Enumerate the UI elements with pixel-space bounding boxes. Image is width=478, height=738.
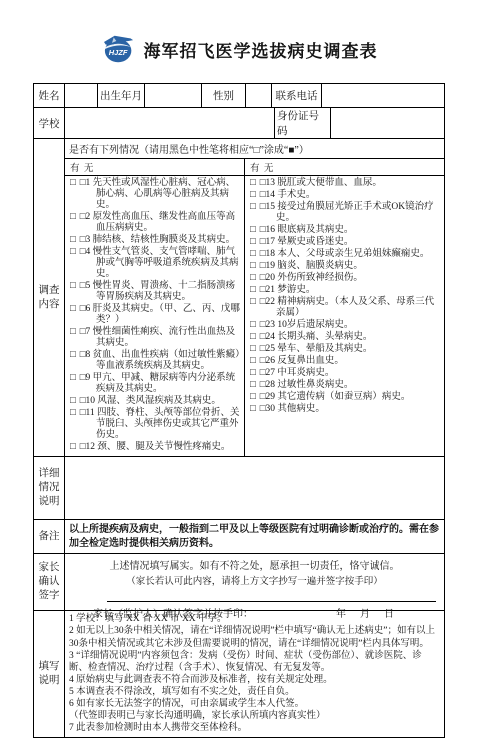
school-label: 学校 bbox=[34, 108, 65, 138]
identity-row-2: 学校 身份证号码 bbox=[34, 108, 444, 139]
survey-item-text: 21 梦游史。 bbox=[266, 285, 316, 295]
instruction-line: 6 如有家长无法签字的情况，可由亲属或学生本人代签。 bbox=[69, 698, 440, 710]
survey-item-text: 4 慢性支气管炎、支气管哮喘、肺气肿或气胸等呼吸道系统疾病及其病史。 bbox=[86, 247, 239, 279]
survey-item-17: □□17 晕厥史或昏迷史。 bbox=[250, 237, 442, 248]
survey-item-text: 17 晕厥史或昏迷史。 bbox=[266, 237, 354, 247]
survey-item-text: 13 脱肛或大便带血、血尿。 bbox=[266, 178, 382, 188]
survey-item-text: 3 肺结核、结核性胸膜炎及其病史。 bbox=[86, 235, 236, 245]
parent-section-label: 家长确认签字 bbox=[34, 554, 65, 610]
checkbox-yes-24[interactable]: □ bbox=[250, 332, 256, 342]
survey-right-column: 有 无 □□13 脱肛或大便带血、血尿。□□14 手术史。□□15 接受过角膜屈… bbox=[245, 159, 444, 456]
checkbox-yes-22[interactable]: □ bbox=[250, 297, 256, 307]
name-field[interactable] bbox=[65, 84, 98, 107]
survey-item-text: 23 10岁后遗尿病史。 bbox=[266, 320, 354, 330]
checkbox-yes-17[interactable]: □ bbox=[250, 237, 256, 247]
survey-item-text: 11 四肢、脊柱、头颅等部位骨折、关节脱臼、头颅摔伤史或其它严重外伤史。 bbox=[86, 408, 240, 440]
checkbox-yes-18[interactable]: □ bbox=[250, 249, 256, 259]
survey-item-25: □□25 晕车、晕船及其病史。 bbox=[250, 344, 442, 355]
checkbox-yes-27[interactable]: □ bbox=[250, 368, 256, 378]
parent-confirm-section: 家长确认签字 上述情况填写属实。如有不符之处，愿承担一切责任，恪守诚信。 （家长… bbox=[34, 554, 444, 611]
survey-items-left: □□1 先天性或风湿性心脏病、冠心病、肺心病、心肌病等心脏病及其病史。□□2 原… bbox=[65, 176, 244, 456]
remark-section-label: 备注 bbox=[34, 520, 65, 553]
checkbox-yes-8[interactable]: □ bbox=[70, 350, 76, 360]
survey-item-11: □□11 四肢、脊柱、头颅等部位骨折、关节脱臼、头颅摔伤史或其它严重外伤史。 bbox=[70, 408, 242, 441]
yes-no-header-left: 有 无 bbox=[65, 159, 244, 176]
survey-item-6: □□6 肝炎及其病史。（甲、乙、丙、戊哪类？） bbox=[70, 304, 242, 326]
survey-item-13: □□13 脱肛或大便带血、血尿。 bbox=[250, 178, 442, 189]
detail-input-area[interactable] bbox=[65, 457, 444, 519]
instruction-line: 2 如无以上30条中相关情况，请在“详细情况说明”栏中填写“确认无上述病史”；如… bbox=[69, 625, 440, 649]
survey-item-text: 9 甲亢、甲减、糖尿病等内分泌系统疾病及其病史。 bbox=[86, 373, 236, 394]
survey-item-26: □□26 反复鼻出血史。 bbox=[250, 356, 442, 367]
survey-item-text: 26 反复鼻出血史。 bbox=[266, 356, 344, 366]
survey-item-1: □□1 先天性或风湿性心脏病、冠心病、肺心病、心肌病等心脏病及其病史。 bbox=[70, 178, 242, 211]
checkbox-yes-11[interactable]: □ bbox=[70, 408, 76, 418]
survey-item-14: □□14 手术史。 bbox=[250, 190, 442, 201]
phone-label: 联系电话 bbox=[272, 84, 322, 107]
checkbox-yes-9[interactable]: □ bbox=[70, 373, 76, 383]
survey-item-30: □□30 其他病史。 bbox=[250, 404, 442, 415]
survey-item-text: 30 其他病史。 bbox=[266, 404, 325, 414]
survey-section: 调查内容 是否有下列情况（请用黑色中性笔将相应“□”涂成“■”） 有 无 □□1… bbox=[34, 139, 444, 457]
survey-items-right: □□13 脱肛或大便带血、血尿。□□14 手术史。□□15 接受过角膜屈光矫正手… bbox=[245, 176, 444, 418]
birth-field[interactable] bbox=[145, 84, 202, 107]
checkbox-yes-20[interactable]: □ bbox=[250, 273, 256, 283]
detail-section-label: 详细情况说明 bbox=[34, 457, 65, 519]
gender-label: 性别 bbox=[202, 84, 246, 107]
instruction-lines: 1 学校：填写 XX 省 XX 市 XX 中学。2 如无以上30条中相关情况，请… bbox=[65, 611, 444, 737]
survey-item-text: 5 慢性胃炎、胃溃疡、十二指肠溃疡等胃肠疾病及其病史。 bbox=[86, 281, 236, 302]
survey-question-header: 是否有下列情况（请用黑色中性笔将相应“□”涂成“■”） bbox=[65, 139, 444, 159]
survey-item-10: □□10 风湿、类风湿疾病及其病史。 bbox=[70, 396, 242, 407]
survey-item-2: □□2 原发性高血压、继发性高血压等高血压病病史。 bbox=[70, 212, 242, 234]
yes-no-header-right: 有 无 bbox=[245, 159, 444, 176]
birth-label: 出生年月 bbox=[98, 84, 145, 107]
survey-item-text: 8 贫血、出血性疾病（如过敏性紫癜）等血液系统疾病及其病史。 bbox=[86, 350, 240, 371]
school-field[interactable] bbox=[65, 108, 275, 138]
survey-item-8: □□8 贫血、出血性疾病（如过敏性紫癜）等血液系统疾病及其病史。 bbox=[70, 350, 242, 372]
survey-item-text: 6 肝炎及其病史。（甲、乙、丙、戊哪类？） bbox=[86, 304, 240, 325]
parent-statement: 上述情况填写属实。如有不符之处，愿承担一切责任，恪守诚信。 bbox=[65, 557, 444, 572]
checkbox-yes-3[interactable]: □ bbox=[70, 235, 76, 245]
survey-item-24: □□24 长期头痛、头晕病史。 bbox=[250, 332, 442, 343]
survey-item-text: 1 先天性或风湿性心脏病、冠心病、肺心病、心肌病等心脏病及其病史。 bbox=[86, 178, 236, 210]
survey-section-label: 调查内容 bbox=[34, 139, 65, 456]
signature-label: 家长（监护人）确认签字并按手印： bbox=[93, 605, 253, 620]
id-number-label: 身份证号码 bbox=[275, 108, 331, 138]
checkbox-yes-21[interactable]: □ bbox=[250, 285, 256, 295]
checkbox-yes-30[interactable]: □ bbox=[250, 404, 256, 414]
checkbox-yes-19[interactable]: □ bbox=[250, 261, 256, 271]
name-label: 姓名 bbox=[34, 84, 65, 107]
instruction-line: 3 “详细情况说明”内容须包含：发病（受伤）时间、症状（受伤部位）、就诊医院、诊… bbox=[69, 650, 440, 674]
checkbox-yes-13[interactable]: □ bbox=[250, 178, 256, 188]
survey-item-19: □□19 脑炎、脑膜炎病史。 bbox=[250, 261, 442, 272]
parent-hint: （家长若认可此内容，请将上方文字抄写一遍并签字按手印） bbox=[65, 573, 444, 587]
survey-left-column: 有 无 □□1 先天性或风湿性心脏病、冠心病、肺心病、心肌病等心脏病及其病史。□… bbox=[65, 159, 245, 456]
survey-item-18: □□18 本人、父母或亲生兄弟姐妹癫痫史。 bbox=[250, 249, 442, 260]
checkbox-yes-2[interactable]: □ bbox=[70, 212, 76, 222]
survey-item-3: □□3 肺结核、结核性胸膜炎及其病史。 bbox=[70, 235, 242, 246]
survey-item-text: 29 其它遗传病（如蚕豆病）病史。 bbox=[266, 392, 411, 402]
navy-recruit-logo-icon: HJZF bbox=[101, 34, 137, 64]
medical-history-form: 姓名 出生年月 性别 联系电话 学校 身份证号码 调查内容 是否有下列情况（请用… bbox=[33, 83, 445, 738]
survey-item-9: □□9 甲亢、甲减、糖尿病等内分泌系统疾病及其病史。 bbox=[70, 373, 242, 395]
instruction-line: （代签即表明已与家长沟通明确，家长承认所填内容真实性） bbox=[69, 710, 440, 722]
survey-item-12: □□12 颈、腰、腿及关节慢性疼痛史。 bbox=[70, 442, 242, 453]
checkbox-yes-5[interactable]: □ bbox=[70, 281, 76, 291]
survey-item-text: 27 中耳炎病史。 bbox=[266, 368, 335, 378]
survey-item-text: 19 脑炎、脑膜炎病史。 bbox=[266, 261, 363, 271]
remark-section: 备注 以上所提疾病及病史，一般指到二甲及以上等级医院有过明确诊断或治疗的。需在参… bbox=[34, 520, 444, 554]
survey-item-text: 16 眼底病及其病史。 bbox=[266, 225, 354, 235]
survey-item-text: 14 手术史。 bbox=[266, 190, 316, 200]
checkbox-yes-6[interactable]: □ bbox=[70, 304, 76, 314]
survey-item-text: 15 接受过角膜屈光矫正手术或OK镜治疗史。 bbox=[266, 202, 434, 223]
checkbox-yes-1[interactable]: □ bbox=[70, 178, 76, 188]
date-label: 年 月 日 bbox=[336, 605, 396, 620]
form-header: HJZF 海军招飞医学选拔病史调查表 bbox=[0, 34, 478, 64]
checkbox-yes-15[interactable]: □ bbox=[250, 202, 256, 212]
gender-field[interactable] bbox=[246, 84, 272, 107]
survey-item-text: 18 本人、父母或亲生兄弟姐妹癫痫史。 bbox=[266, 249, 430, 259]
survey-item-text: 2 原发性高血压、继发性高血压等高血压病病史。 bbox=[86, 212, 236, 233]
survey-item-4: □□4 慢性支气管炎、支气管哮喘、肺气肿或气胸等呼吸道系统疾病及其病史。 bbox=[70, 247, 242, 280]
phone-field[interactable] bbox=[322, 84, 444, 107]
instruction-line: 7 此表参加检测时由本人携带交至体检科。 bbox=[69, 722, 440, 734]
checkbox-yes-4[interactable]: □ bbox=[70, 247, 76, 257]
survey-item-text: 24 长期头痛、头晕病史。 bbox=[266, 332, 373, 342]
page-title: 海军招飞医学选拔病史调查表 bbox=[144, 37, 378, 62]
instructions-section-label: 填写说明 bbox=[34, 611, 65, 737]
detail-section: 详细情况说明 bbox=[34, 457, 444, 520]
checkbox-yes-12[interactable]: □ bbox=[70, 442, 76, 452]
survey-item-27: □□27 中耳炎病史。 bbox=[250, 368, 442, 379]
survey-item-16: □□16 眼底病及其病史。 bbox=[250, 225, 442, 236]
checkbox-yes-7[interactable]: □ bbox=[70, 327, 76, 337]
checkbox-yes-16[interactable]: □ bbox=[250, 225, 256, 235]
checkbox-yes-29[interactable]: □ bbox=[250, 392, 256, 402]
survey-item-text: 22 精神病病史。（本人及父系、母系三代亲属） bbox=[266, 297, 435, 318]
svg-text:HJZF: HJZF bbox=[108, 48, 127, 57]
checkbox-yes-14[interactable]: □ bbox=[250, 190, 256, 200]
survey-item-15: □□15 接受过角膜屈光矫正手术或OK镜治疗史。 bbox=[250, 202, 442, 224]
survey-item-22: □□22 精神病病史。（本人及父系、母系三代亲属） bbox=[250, 297, 442, 319]
checkbox-yes-23[interactable]: □ bbox=[250, 320, 256, 330]
remark-text: 以上所提疾病及病史，一般指到二甲及以上等级医院有过明确诊断或治疗的。需在参加全检… bbox=[65, 520, 444, 553]
survey-item-23: □□23 10岁后遗尿病史。 bbox=[250, 320, 442, 331]
survey-item-text: 12 颈、腰、腿及关节慢性疼痛史。 bbox=[86, 442, 231, 452]
survey-item-21: □□21 梦游史。 bbox=[250, 285, 442, 296]
survey-item-text: 10 风湿、类风湿疾病及其病史。 bbox=[86, 396, 221, 406]
instruction-line: 5 本调查表不得涂改，填写如有不实之处，责任自负。 bbox=[69, 686, 440, 698]
checkbox-yes-25[interactable]: □ bbox=[250, 344, 256, 354]
survey-item-text: 28 过敏性鼻炎病史。 bbox=[266, 380, 354, 390]
survey-item-text: 7 慢性细菌性痢疾、流行性出血热及其病史。 bbox=[86, 327, 236, 348]
survey-item-20: □□20 外伤所致神经损伤。 bbox=[250, 273, 442, 284]
checkbox-yes-10[interactable]: □ bbox=[70, 396, 76, 406]
checkbox-yes-26[interactable]: □ bbox=[250, 356, 256, 366]
id-number-field[interactable] bbox=[331, 108, 444, 138]
survey-item-7: □□7 慢性细菌性痢疾、流行性出血热及其病史。 bbox=[70, 327, 242, 349]
identity-row-1: 姓名 出生年月 性别 联系电话 bbox=[34, 84, 444, 108]
checkbox-yes-28[interactable]: □ bbox=[250, 380, 256, 390]
survey-item-28: □□28 过敏性鼻炎病史。 bbox=[250, 380, 442, 391]
survey-item-text: 25 晕车、晕船及其病史。 bbox=[266, 344, 373, 354]
instructions-section: 填写说明 1 学校：填写 XX 省 XX 市 XX 中学。2 如无以上30条中相… bbox=[34, 611, 444, 737]
instruction-line: 4 原始病史与此调查表不符合而涉及标准者，按有关规定处理。 bbox=[69, 674, 440, 686]
survey-item-29: □□29 其它遗传病（如蚕豆病）病史。 bbox=[250, 392, 442, 403]
survey-item-text: 20 外伤所致神经损伤。 bbox=[266, 273, 363, 283]
survey-item-5: □□5 慢性胃炎、胃溃疡、十二指肠溃疡等胃肠疾病及其病史。 bbox=[70, 281, 242, 303]
